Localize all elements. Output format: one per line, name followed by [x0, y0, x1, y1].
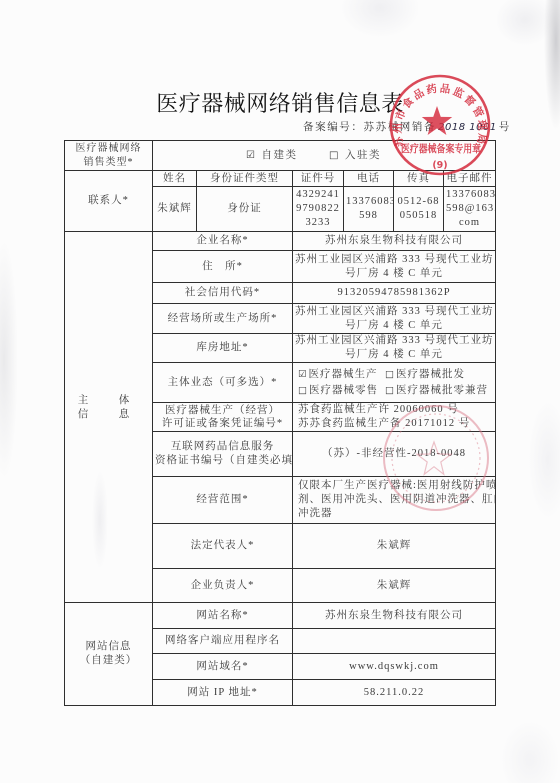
legal-rep-value: 朱斌辉 — [293, 524, 496, 569]
filing-suffix: 号 — [499, 122, 511, 133]
row-website-name: 网站信息 （自建类） 网站名称* 苏州东泉生物科技有限公司 — [65, 603, 496, 629]
license-value: 苏食药监械生产许 20060060 号 苏苏食药监械生产备 20171012 号 — [293, 403, 496, 432]
license-label: 医疗器械生产（经营） 许可证或备案凭证编号* — [153, 403, 293, 432]
option-wholesale: □医疗器械批发 — [385, 367, 493, 383]
contact-name: 朱斌辉 — [153, 187, 197, 232]
entity-section-label: 主 体 信 息 — [65, 232, 153, 603]
residence-label: 住 所* — [153, 251, 293, 283]
header-fax: 传真 — [394, 171, 444, 187]
filing-handwritten-number: 2018 1001 — [438, 122, 497, 133]
checkbox-unchecked-icon: □ — [329, 150, 340, 161]
credit-code-value: 91320594785981362P — [293, 283, 496, 304]
ip-value: 58.211.0.22 — [293, 680, 496, 706]
info-table: 医疗器械网络 销售类型* ☑自建类 □入驻类 联系人* 姓名 身份证件类型 证件… — [64, 140, 496, 706]
header-id-number: 证件号 — [293, 171, 344, 187]
internet-cert-value: （苏）-非经营性-2018-0048 — [293, 432, 496, 477]
row-company-name: 主 体 信 息 企业名称* 苏州东泉生物科技有限公司 — [65, 232, 496, 251]
header-phone: 电话 — [344, 171, 394, 187]
contact-id-type: 身份证 — [197, 187, 293, 232]
business-site-label: 经营场所或生产场所* — [153, 304, 293, 334]
warehouse-value: 苏州工业园区兴浦路 333 号现代工业坊 4 号厂房 4 楼 C 单元 — [293, 334, 496, 363]
checkbox-unchecked-icon: □ — [298, 385, 308, 396]
header-email: 电子邮件 — [444, 171, 496, 187]
option-self-built: ☑自建类 — [246, 149, 297, 163]
credit-code-label: 社会信用代码* — [153, 283, 293, 304]
filing-label: 备案编号： — [303, 122, 364, 133]
contact-email: 13376083 598@163. com — [444, 187, 496, 232]
checkbox-checked-icon: ☑ — [298, 369, 308, 380]
business-scope-label: 经营范围* — [153, 477, 293, 524]
option-wholesale-retail: □医疗器械批零兼营 — [385, 383, 493, 399]
page-title: 医疗器械网络销售信息表 — [130, 93, 430, 117]
legal-rep-label: 法定代表人* — [153, 524, 293, 569]
domain-value: www.dqswkj.com — [293, 654, 496, 680]
website-name-label: 网站名称* — [153, 603, 293, 629]
checkbox-unchecked-icon: □ — [385, 369, 395, 380]
manager-label: 企业负责人* — [153, 569, 293, 603]
client-app-value — [293, 629, 496, 654]
sales-type-label: 医疗器械网络 销售类型* — [65, 141, 153, 171]
internet-cert-label: 互联网药品信息服务 资格证书编号（自建类必填） — [153, 432, 293, 477]
option-retail: □医疗器械零售 — [298, 383, 385, 399]
manager-value: 朱斌辉 — [293, 569, 496, 603]
contact-header-row: 联系人* 姓名 身份证件类型 证件号 电话 传真 电子邮件 — [65, 171, 496, 187]
contact-fax: 0512-68 050518 — [394, 187, 444, 232]
contact-id-number: 4329241 9790822 3233 — [293, 187, 344, 232]
business-site-value: 苏州工业园区兴浦路 333 号现代工业坊 4 号厂房 4 楼 C 单元 — [293, 304, 496, 334]
residence-value: 苏州工业园区兴浦路 333 号现代工业坊 4 号厂房 4 楼 C 单元 — [293, 251, 496, 283]
website-section-label: 网站信息 （自建类） — [65, 603, 153, 706]
company-name-value: 苏州东泉生物科技有限公司 — [293, 232, 496, 251]
business-form-label: 主体业态（可多选）* — [153, 363, 293, 403]
contact-label: 联系人* — [65, 171, 153, 232]
checkbox-unchecked-icon: □ — [385, 385, 395, 396]
website-name-value: 苏州东泉生物科技有限公司 — [293, 603, 496, 629]
header-name: 姓名 — [153, 171, 197, 187]
filing-number: 备案编号：苏苏械网销备2018 1001号 — [303, 121, 511, 134]
business-scope-value: 仅限本厂生产医疗器械:医用射线防护喷 剂、医用冲洗头、医用阴道冲洗器、肛门 冲洗… — [293, 477, 496, 524]
ip-label: 网站 IP 地址* — [153, 680, 293, 706]
warehouse-label: 库房地址* — [153, 334, 293, 363]
filing-prefix: 苏苏械网销备 — [364, 122, 437, 133]
contact-phone: 13376083 598 — [344, 187, 394, 232]
company-name-label: 企业名称* — [153, 232, 293, 251]
option-manufacture: ☑医疗器械生产 — [298, 367, 385, 383]
checkbox-checked-icon: ☑ — [246, 150, 256, 161]
sales-type-row: 医疗器械网络 销售类型* ☑自建类 □入驻类 — [65, 141, 496, 171]
sales-type-options: ☑自建类 □入驻类 — [153, 141, 496, 171]
option-platform-resident: □入驻类 — [329, 149, 381, 163]
domain-label: 网站域名* — [153, 654, 293, 680]
header-id-type: 身份证件类型 — [197, 171, 293, 187]
client-app-label: 网络客户端应用程序名 — [153, 629, 293, 654]
business-form-options: ☑医疗器械生产 □医疗器械批发 □医疗器械零售 □医疗器械批零兼营 — [293, 363, 496, 403]
